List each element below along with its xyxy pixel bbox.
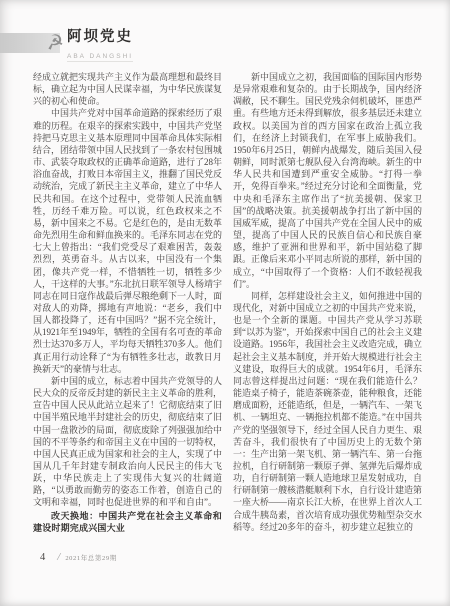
page-number: 4 [40,552,45,563]
page-footer: 4 / 2021年总第29期 [40,551,117,563]
footer-divider: / [57,551,60,563]
masthead-bar: ☭ [0,33,60,53]
magazine-page: ☭ 阿坝党史 ABA DANGSHI 经成立就把实现共产主义作为最高理想和最终目… [0,0,450,606]
section-heading: 改天换地：中国共产党在社会主义革命和建设时期完成兴国大业 [33,510,222,534]
paragraph: 新中国成立之初，我国面临的国际国内形势是异常艰难和复杂的。由于长期战争，国内经济… [233,71,422,290]
party-emblem-icon: ☭ [44,29,65,55]
paragraph: 中国共产党对中国革命道路的探索经历了艰难的历程。在艰辛的探索实践中，中国共产党坚… [33,107,222,374]
left-column: 经成立就把实现共产主义作为最高理想和最终目标，确立起为中国人民谋幸福，为中华民族… [33,71,222,534]
issue-label: 2021年总第29期 [65,553,117,562]
masthead-title: 阿坝党史 [67,29,133,45]
masthead-pinyin: ABA DANGSHI [67,53,133,62]
right-column: 新中国成立之初，我国面临的国际国内形势是异常艰难和复杂的。由于长期战争，国内经济… [233,71,422,534]
paragraph: 同样，怎样建设社会主义，如何推进中国的现代化，对新中国成立之初的中国共产党来说，… [233,290,422,533]
paragraph-continuation: 经成立就把实现共产主义作为最高理想和最终目标，确立起为中国人民谋幸福，为中华民族… [33,71,222,107]
article-body: 经成立就把实现共产主义作为最高理想和最终目标，确立起为中国人民谋幸福，为中华民族… [33,71,422,534]
masthead: 阿坝党史 ABA DANGSHI [67,29,133,63]
paragraph: 新中国的成立，标志着中国共产党领导的人民大众的反帝反封建的新民主主义革命的胜利，… [33,375,222,509]
